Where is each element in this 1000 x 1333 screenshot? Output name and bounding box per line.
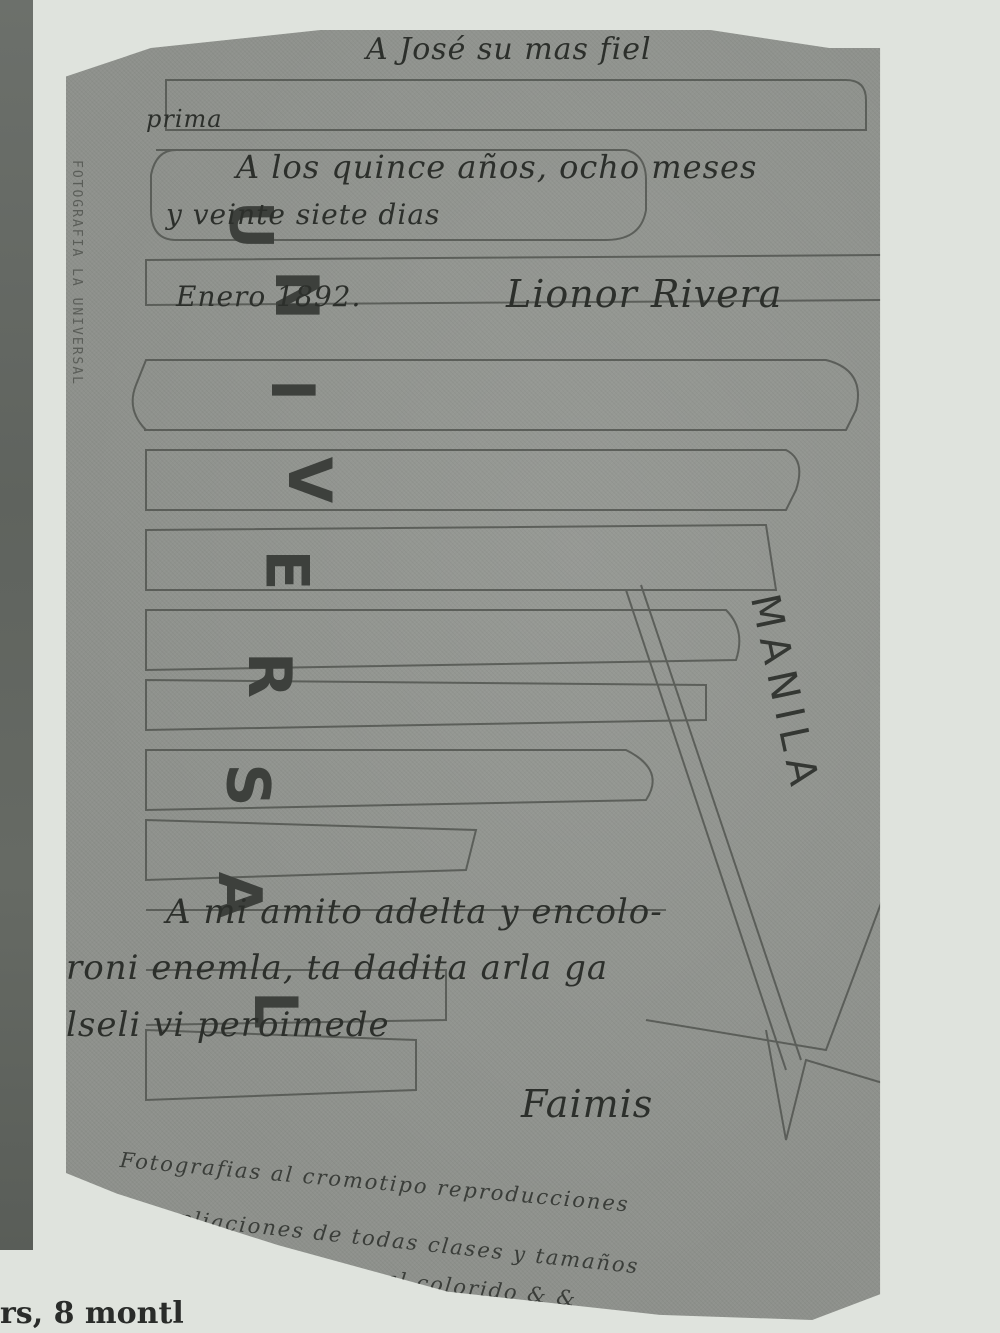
inscription-lower-line-2: roni enemla, ta dadita arla ga: [66, 948, 608, 988]
book-caption-fragment: rs, 8 montl: [0, 1296, 184, 1331]
inscription-prima-line: prima: [146, 105, 223, 133]
inscription-date: Enero 1892.: [176, 280, 361, 313]
inscription-age-line: A los quince años, ocho meses: [236, 148, 757, 186]
photo-card-back: FOTOGRAFIA LA UNIVERSAL U N I V E R S A …: [66, 30, 914, 1320]
brand-letter-r: R: [239, 652, 299, 698]
brand-letter-e: E: [257, 550, 317, 591]
brand-letter-v: V: [279, 457, 339, 503]
studio-stamp: FOTOGRAFIA LA UNIVERSAL: [69, 160, 84, 386]
brand-letter-s: S: [218, 763, 278, 806]
inscription-signature-faimis: Faimis: [521, 1082, 653, 1126]
inscription-dedication-line: A José su mas fiel: [366, 32, 652, 67]
inscription-lower-line-1: A mi amito adelta y encolo-: [166, 892, 663, 932]
inscription-days-line: y veinte siete dias: [166, 198, 440, 231]
inscription-signature-lionor-rivera: Lionor Rivera: [506, 272, 782, 316]
brand-letter-i: I: [262, 379, 322, 401]
inscription-lower-line-3: lseli vi peroimede: [66, 1005, 390, 1045]
adjacent-photo-strip: [0, 0, 33, 1250]
